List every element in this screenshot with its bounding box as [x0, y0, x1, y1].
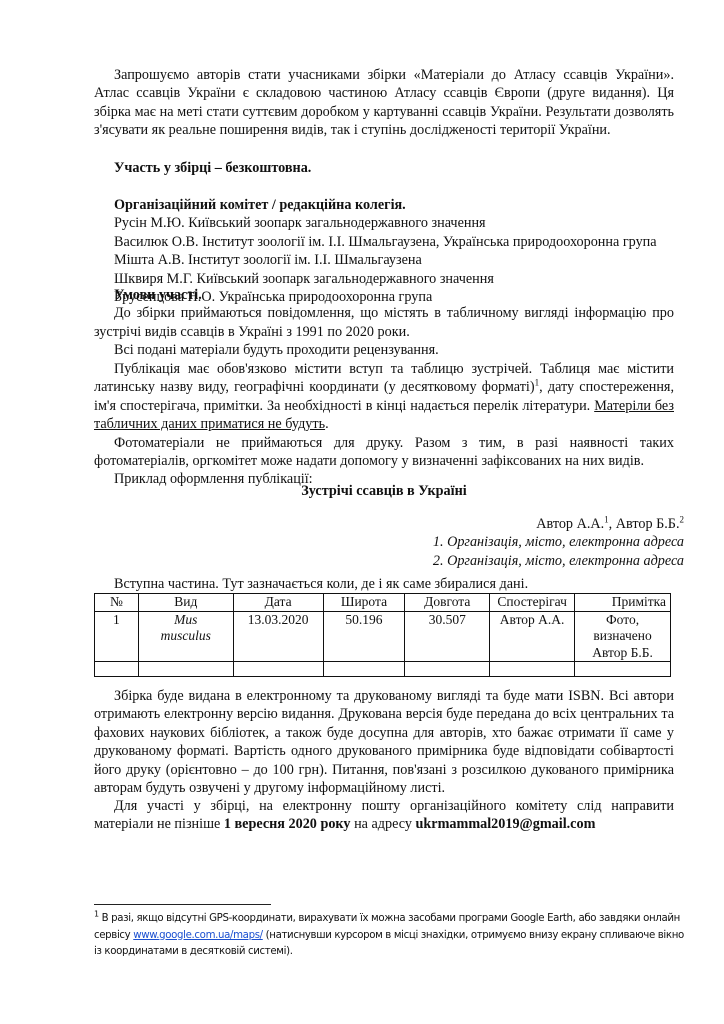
table-cell	[138, 662, 233, 677]
footnote-divider	[94, 904, 271, 905]
table-cell	[575, 662, 671, 677]
submission-paragraph: Для участі у збірці, на електронну пошту…	[94, 797, 674, 834]
example-intro-line: Вступна частина. Тут зазначається коли, …	[114, 575, 694, 593]
table-header-cell: Примітка	[575, 594, 671, 612]
table-cell	[323, 662, 405, 677]
committee-heading: Організаційний комітет / редакційна коле…	[114, 196, 694, 214]
example-table: № Вид Дата Широта Довгота Спостерігач Пр…	[94, 593, 671, 677]
example-affiliation: 1. Організація, місто, електронна адреса	[94, 533, 684, 551]
free-participation: Участь у збірці – безкоштовна.	[94, 159, 694, 177]
intro-paragraph: Запрошуємо авторів стати учасниками збір…	[94, 66, 674, 140]
publication-section: Публікація має обов'язково містити вступ…	[94, 360, 674, 489]
example-author-line: Автор А.А.1, Автор Б.Б.2	[94, 515, 684, 533]
committee-member: Мішта А.В. Інститут зоології ім. І.І. Шм…	[114, 251, 694, 269]
example-title: Зустрічі ссавців в Україні	[94, 482, 674, 500]
example-affiliation: 2. Організація, місто, електронна адреса	[94, 552, 684, 570]
conditions-section: Умови участі. До збірки приймаються пові…	[94, 286, 674, 360]
conditions-paragraph-2: Всі подані матеріали будуть проходити ре…	[94, 341, 674, 359]
table-cell: 1	[95, 611, 139, 662]
table-cell	[490, 662, 575, 677]
table-row: 1 Mus musculus 13.03.2020 50.196 30.507 …	[95, 611, 671, 662]
table-cell	[233, 662, 323, 677]
example-title-text: Зустрічі ссавців в Україні	[301, 483, 466, 499]
table-cell: Автор А.А.	[490, 611, 575, 662]
table-header-cell: №	[95, 594, 139, 612]
table-header-cell: Дата	[233, 594, 323, 612]
footnote: 1 В разі, якщо відсутні GPS-координати, …	[94, 911, 694, 961]
committee-member: Русін М.Ю. Київський зоопарк загальнодер…	[114, 214, 694, 232]
table-row	[95, 662, 671, 677]
conditions-paragraph-1: До збірки приймаються повідомлення, що м…	[94, 304, 674, 341]
conditions-heading: Умови участі.	[94, 286, 674, 304]
table-header-row: № Вид Дата Широта Довгота Спостерігач Пр…	[95, 594, 671, 612]
table-cell-note: Фото, визначено Автор Б.Б.	[575, 611, 671, 662]
table-cell: 50.196	[323, 611, 405, 662]
google-maps-link[interactable]: www.google.com.ua/maps/	[133, 930, 263, 941]
table-cell: 13.03.2020	[233, 611, 323, 662]
table-header-cell: Спостерігач	[490, 594, 575, 612]
committee-member: Василюк О.В. Інститут зоології ім. І.І. …	[114, 233, 694, 251]
example-intro-text: Вступна частина. Тут зазначається коли, …	[114, 576, 528, 592]
table-header-cell: Широта	[323, 594, 405, 612]
example-authors: Автор А.А.1, Автор Б.Б.2 1. Організація,…	[94, 515, 684, 570]
submission-email[interactable]: ukrmammal2019@gmail.com	[416, 816, 596, 832]
table-header-cell: Довгота	[405, 594, 490, 612]
table-header-cell: Вид	[138, 594, 233, 612]
table-cell	[405, 662, 490, 677]
submission-text: Для участі у збірці, на електронну пошту…	[94, 797, 674, 834]
table-cell-species: Mus musculus	[138, 611, 233, 662]
free-participation-text: Участь у збірці – безкоштовна.	[114, 160, 311, 176]
table-cell	[95, 662, 139, 677]
intro-text: Запрошуємо авторів стати учасниками збір…	[94, 66, 674, 140]
distribution-paragraph: Збірка буде видана в електронному та дру…	[94, 687, 674, 797]
document-page: Запрошуємо авторів стати учасниками збір…	[0, 0, 724, 1024]
publication-paragraph-1: Публікація має обов'язково містити вступ…	[94, 360, 674, 434]
submission-deadline: 1 вересня 2020 року	[224, 816, 351, 832]
table-cell: 30.507	[405, 611, 490, 662]
publication-paragraph-2: Фотоматеріали не приймаються для друку. …	[94, 434, 674, 471]
distribution-text: Збірка буде видана в електронному та дру…	[94, 687, 674, 797]
